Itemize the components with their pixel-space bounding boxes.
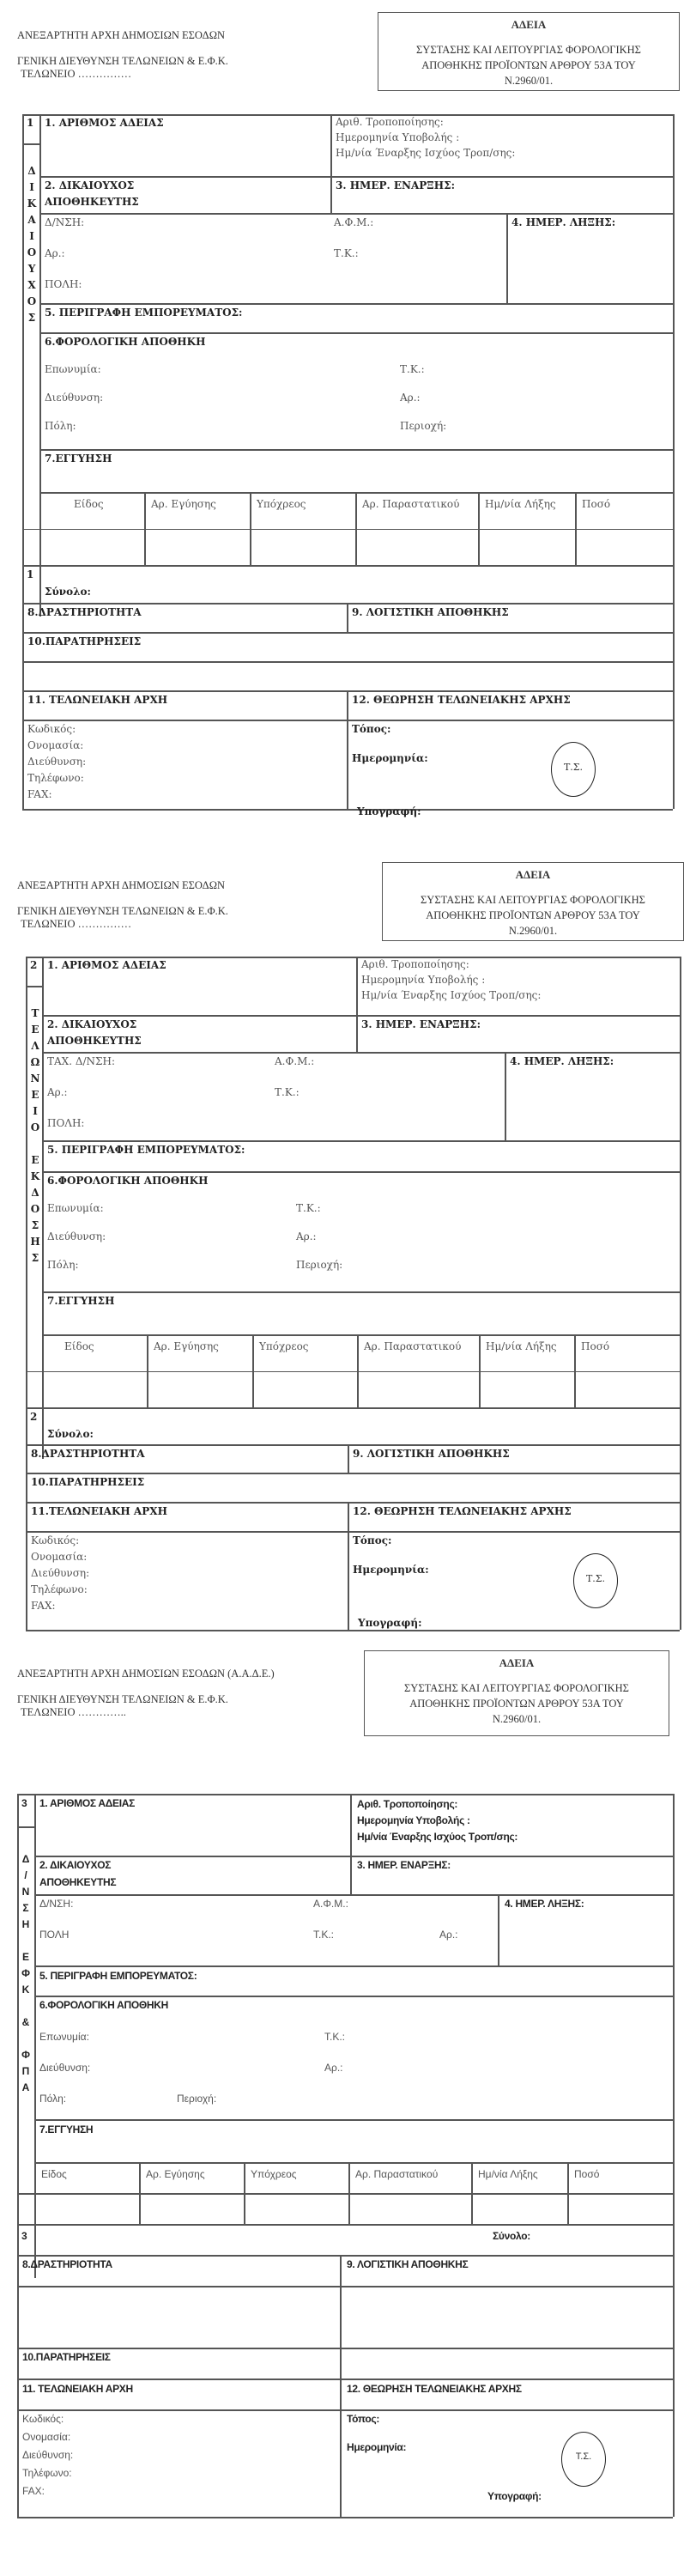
warehouse-city-label: Πόλη: — [39, 2093, 66, 2105]
field-8-activity: 8.ΔΡΑΣΤΗΡΙΟΤΗΤΑ — [22, 2258, 112, 2270]
amendment-number-label: Αριθ. Τροποποίησης: — [357, 1798, 457, 1810]
postcode-label: Τ.Κ.: — [313, 1929, 334, 1941]
side-letter: Κ — [17, 1982, 34, 1998]
side-letter: & — [17, 2014, 34, 2031]
side-letter: Ε — [17, 1949, 34, 1965]
field-10-remarks: 10.ΠΑΡΑΤΗΡΗΣΕΙΣ — [22, 2351, 111, 2363]
warehouse-accounting-input[interactable] — [343, 2289, 669, 2344]
field-11-customs-authority: 11. ΤΕΛΩΝΕΙΑΚΗ ΑΡΧΗ — [22, 2383, 133, 2395]
side-letter: Π — [17, 2063, 34, 2080]
submission-date-label: Ημερομηνία Υποβολής : — [357, 1814, 470, 1826]
rule-line — [17, 1826, 34, 1828]
remarks-input[interactable] — [21, 2366, 669, 2377]
warehouse-area-label: Περιοχή: — [177, 2093, 216, 2105]
customs-office: ΤΕΛΩΝΕΙΟ ………….. — [17, 1706, 275, 1720]
signature-label: Υπογραφή: — [487, 2490, 542, 2502]
side-letter: Φ — [17, 1965, 34, 1982]
rule-line — [17, 2348, 673, 2349]
side-letter: Α — [17, 2080, 34, 2096]
side-letter: Δ — [17, 1851, 34, 1868]
copy-number-footer: 3 — [21, 2230, 27, 2242]
side-letter: Σ — [17, 1900, 34, 1917]
guarantee-column-header: Αρ. Εγύησης — [146, 2168, 205, 2180]
field-6-tax-warehouse: 6.ΦΟΡΟΛΟΓΙΚΗ ΑΠΟΘΗΚΗ — [39, 1999, 168, 2011]
stamp-text: Τ.Σ. — [576, 2451, 591, 2462]
license-subtitle-line: Ν.2960/01. — [365, 1711, 669, 1727]
rule-line — [34, 1996, 673, 1997]
issuer-block: ΑΝΕΞΑΡΤΗΤΗ ΑΡΧΗ ΔΗΜΟΣΙΩΝ ΕΣΟΔΩΝ (Α.Α.Δ.Ε… — [17, 1668, 275, 1720]
amendment-start-date-label: Ημ/νία Έναρξης Ισχύος Τροπ/σης: — [357, 1831, 517, 1843]
side-letter: Η — [17, 1917, 34, 1933]
customs-detail-label: FAX: — [22, 2485, 45, 2497]
guarantee-column-header: Ποσό — [574, 2168, 599, 2180]
guarantee-cell-input[interactable] — [569, 2195, 671, 2222]
guarantee-cell-input[interactable] — [350, 2195, 469, 2222]
rule-line — [340, 2255, 342, 2379]
street-number-label: Αρ.: — [439, 1929, 458, 1941]
guarantee-column-header: Είδος — [41, 2168, 67, 2180]
guarantee-column-header: Ημ/νία Λήξης — [478, 2168, 538, 2180]
field-3-start-date: 3. ΗΜΕΡ. ΕΝΑΡΞΗΣ: — [357, 1859, 451, 1871]
total-input[interactable] — [549, 2227, 666, 2245]
side-letter — [17, 1998, 34, 2014]
warehouse-postcode-label: Τ.Κ.: — [324, 2031, 345, 2043]
side-letter: Φ — [17, 2047, 34, 2063]
rule-line — [17, 2224, 673, 2226]
rule-line — [350, 1794, 352, 1895]
copy-number: 3 — [21, 1797, 27, 1809]
guarantee-cell-input[interactable] — [36, 2195, 137, 2222]
field-12-customs-endorsement: 12. ΘΕΩΡΗΣΗ ΤΕΛΩΝΕΙΑΚΗΣ ΑΡΧΗΣ — [347, 2383, 522, 2395]
rule-line — [34, 2119, 673, 2121]
field-1-license-number: 1. ΑΡΙΘΜΟΣ ΑΔΕΙΑΣ — [39, 1797, 135, 1809]
rule-line — [17, 2517, 673, 2518]
license-copy-3: ΑΝΕΞΑΡΤΗΤΗ ΑΡΧΗ ΔΗΜΟΣΙΩΝ ΕΣΟΔΩΝ (Α.Α.Δ.Ε… — [0, 0, 690, 2576]
guarantee-cell-input[interactable] — [141, 2195, 242, 2222]
city-label: ΠΟΛΗ — [39, 1929, 69, 1941]
rule-line — [34, 1856, 673, 1857]
activity-input[interactable] — [21, 2289, 336, 2344]
authority-name: ΑΝΕΞΑΡΤΗΤΗ ΑΡΧΗ ΔΗΜΟΣΙΩΝ ΕΣΟΔΩΝ (Α.Α.Δ.Ε… — [17, 1668, 275, 1681]
field-4-expiry-date: 4. ΗΜΕΡ. ΛΗΞΗΣ: — [505, 1898, 584, 1910]
directorate-name: ΓΕΝΙΚΗ ΔΙΕΥΘΥΝΣΗ ΤΕΛΩΝΕΙΩΝ & Ε.Φ.Κ. — [17, 1693, 275, 1707]
customs-detail-label: Τηλέφωνο: — [22, 2467, 72, 2479]
rule-line — [34, 1894, 673, 1896]
guarantee-column-header: Υπόχρεος — [251, 2168, 297, 2180]
warehouse-address-label: Διεύθυνση: — [39, 2062, 90, 2074]
license-subtitle-line: ΣΥΣΤΑΣΗΣ ΚΑΙ ΛΕΙΤΟΥΡΓΙΑΣ ΦΟΡΟΛΟΓΙΚΗΣ — [365, 1680, 669, 1696]
rule-line — [498, 1894, 499, 1965]
rule-line — [34, 1965, 673, 1967]
field-5-goods-description: 5. ΠΕΡΙΓΡΑΦΗ ΕΜΠΟΡΕΥΜΑΤΟΣ: — [39, 1970, 197, 1982]
side-letter: Ν — [17, 1884, 34, 1900]
rule-line — [673, 1794, 675, 2517]
side-letter — [17, 2031, 34, 2047]
rule-line — [340, 2379, 342, 2517]
license-title: ΑΔΕΙΑ — [365, 1656, 669, 1670]
field-9-warehouse-accounting: 9. ΛΟΓΙΣΤΙΚΗ ΑΠΟΘΗΚΗΣ — [347, 2258, 468, 2270]
warehouse-number-label: Αρ.: — [324, 2062, 343, 2074]
field-2-warehousekeeper: ΑΠΟΘΗΚΕΥΤΗΣ — [39, 1876, 116, 1888]
address-label: Δ/ΝΣΗ: — [39, 1898, 73, 1910]
customs-detail-label: Ονομασία: — [22, 2431, 70, 2443]
guarantee-column-header: Αρ. Παραστατικού — [355, 2168, 438, 2180]
tax-id-label: Α.Φ.Μ.: — [313, 1898, 348, 1910]
rule-line — [17, 1794, 673, 1795]
warehouse-name-label: Επωνυμία: — [39, 2031, 89, 2043]
license-subtitle-line: ΑΠΟΘΗΚΗΣ ΠΡΟΪΟΝΤΩΝ ΑΡΘΡΟΥ 53Α ΤΟΥ — [365, 1696, 669, 1711]
field-2-beneficiary: 2. ΔΙΚΑΙΟΥΧΟΣ — [39, 1859, 111, 1871]
goods-description-input[interactable] — [38, 1984, 669, 1993]
license-title-box: ΑΔΕΙΑΣΥΣΤΑΣΗΣ ΚΑΙ ΛΕΙΤΟΥΡΓΙΑΣ ΦΟΡΟΛΟΓΙΚΗ… — [364, 1650, 669, 1736]
side-letter — [17, 1933, 34, 1949]
official-stamp-circle: Τ.Σ. — [561, 2432, 606, 2487]
field-7-guarantee: 7.ΕΓΓΥΗΣΗ — [39, 2123, 93, 2136]
rule-line — [17, 2286, 673, 2287]
customs-detail-label: Διεύθυνση: — [22, 2449, 73, 2461]
rule-line — [17, 2379, 673, 2380]
rule-line — [17, 2255, 673, 2257]
side-letter: / — [17, 1868, 34, 1884]
license-subtitle: ΣΥΣΤΑΣΗΣ ΚΑΙ ΛΕΙΤΟΥΡΓΙΑΣ ΦΟΡΟΛΟΓΙΚΗΣΑΠΟΘ… — [365, 1680, 669, 1727]
place-label: Τόπος: — [347, 2413, 379, 2425]
date-label: Ημερομηνία: — [347, 2441, 406, 2453]
total-label: Σύνολο: — [493, 2230, 530, 2242]
copy-side-label: Δ/ΝΣΗΕΦΚ&ΦΠΑ — [17, 1851, 34, 2096]
customs-detail-label: Κωδικός: — [22, 2413, 64, 2425]
guarantee-cell-input[interactable] — [473, 2195, 566, 2222]
guarantee-cell-input[interactable] — [245, 2195, 347, 2222]
rule-line — [17, 2409, 673, 2411]
